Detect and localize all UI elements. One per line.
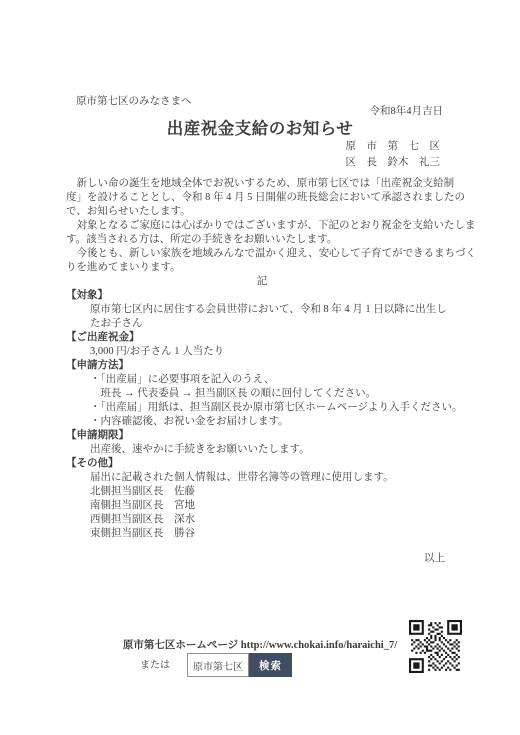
sender-signer: 区 長 鈴木 礼三 bbox=[346, 155, 441, 171]
flyer-page: 原市第七区のみなさまへ 令和8年4月吉日 出産祝金支給のお知らせ 原 市 第 七… bbox=[0, 0, 520, 735]
search-box: 検索 bbox=[187, 653, 292, 677]
section-line: ・「出産届」用紙は、担当副区長か原市第七区ホームページより入手ください。 bbox=[90, 401, 458, 415]
section-line: 原市第七区内に居住する会員世帯において、令和 8 年 4 月 1 日以降に出生し bbox=[90, 303, 458, 317]
section-line: ・「出産届」に必要事項を記入のうえ、 bbox=[90, 373, 458, 387]
document-body: 新しい命の誕生を地域全体でお祝いするため、原市第七区では「出産祝金支給制 度」を… bbox=[66, 177, 458, 566]
section-heading-other: 【その他】 bbox=[66, 457, 458, 471]
section-heading-deadline: 【申請期限】 bbox=[66, 429, 458, 443]
sender-block: 原 市 第 七 区 区 長 鈴木 礼三 bbox=[346, 139, 441, 170]
section-line: ・内容確認後、お祝い金をお届けします。 bbox=[90, 415, 458, 429]
section-line: 出産後、速やかに手続きをお願いいたします。 bbox=[90, 443, 458, 457]
homepage-label: 原市第七区ホームページ bbox=[123, 640, 238, 651]
homepage-url[interactable]: http://www.chokai.info/haraichi_7/ bbox=[241, 640, 397, 651]
section-heading-target: 【対象】 bbox=[66, 289, 458, 303]
closing-text: 以上 bbox=[66, 552, 458, 566]
paragraph-line: 度」を設けることとし、令和 8 年 4 月 5 日開催の班長総会において承認され… bbox=[66, 191, 458, 205]
search-input[interactable] bbox=[187, 653, 249, 677]
paragraph-line: りを進めてまいります。 bbox=[66, 261, 458, 275]
qr-code-icon bbox=[409, 620, 462, 673]
section-line: 班長 → 代表委員 → 担当副区長 の順に回付してください。 bbox=[90, 387, 458, 401]
sender-organization: 原 市 第 七 区 bbox=[346, 139, 441, 155]
section-heading-how-to-apply: 【申請方法】 bbox=[66, 359, 458, 373]
or-label: または bbox=[140, 656, 170, 671]
section-heading-amount: 【ご出産祝金】 bbox=[66, 331, 458, 345]
vice-chief-east: 東側担当副区長 勝谷 bbox=[90, 527, 458, 541]
vice-chief-west: 西側担当副区長 深水 bbox=[90, 513, 458, 527]
paragraph-line: 対象となるご家庭には心ばかりではございますが、下記のとおり祝金を支給いたしま bbox=[66, 219, 458, 233]
section-line: 3,000 円/お子さん 1 人当たり bbox=[90, 345, 458, 359]
search-button[interactable]: 検索 bbox=[249, 653, 292, 677]
paragraph-line: す。該当される方は、所定の手続きをお願いいたします。 bbox=[66, 233, 458, 247]
paragraph-line: 今後とも、新しい家族を地域みんなで温かく迎え、安心して子育てができるまちづく bbox=[66, 247, 458, 261]
section-line: たお子さん bbox=[90, 317, 458, 331]
vice-chief-north: 北側担当副区長 佐藤 bbox=[90, 485, 458, 499]
vice-chief-south: 南側担当副区長 宮地 bbox=[90, 499, 458, 513]
paragraph-line: で、お知らせいたします。 bbox=[66, 205, 458, 219]
page-title: 出産祝金支給のお知らせ bbox=[0, 115, 520, 139]
paragraph-line: 新しい命の誕生を地域全体でお祝いするため、原市第七区では「出産祝金支給制 bbox=[66, 177, 458, 191]
salutation-text: 原市第七区のみなさまへ bbox=[76, 93, 192, 108]
section-line: 届出に記載された個人情報は、世帯名簿等の管理に使用します。 bbox=[90, 471, 458, 485]
record-marker: 記 bbox=[66, 275, 458, 289]
